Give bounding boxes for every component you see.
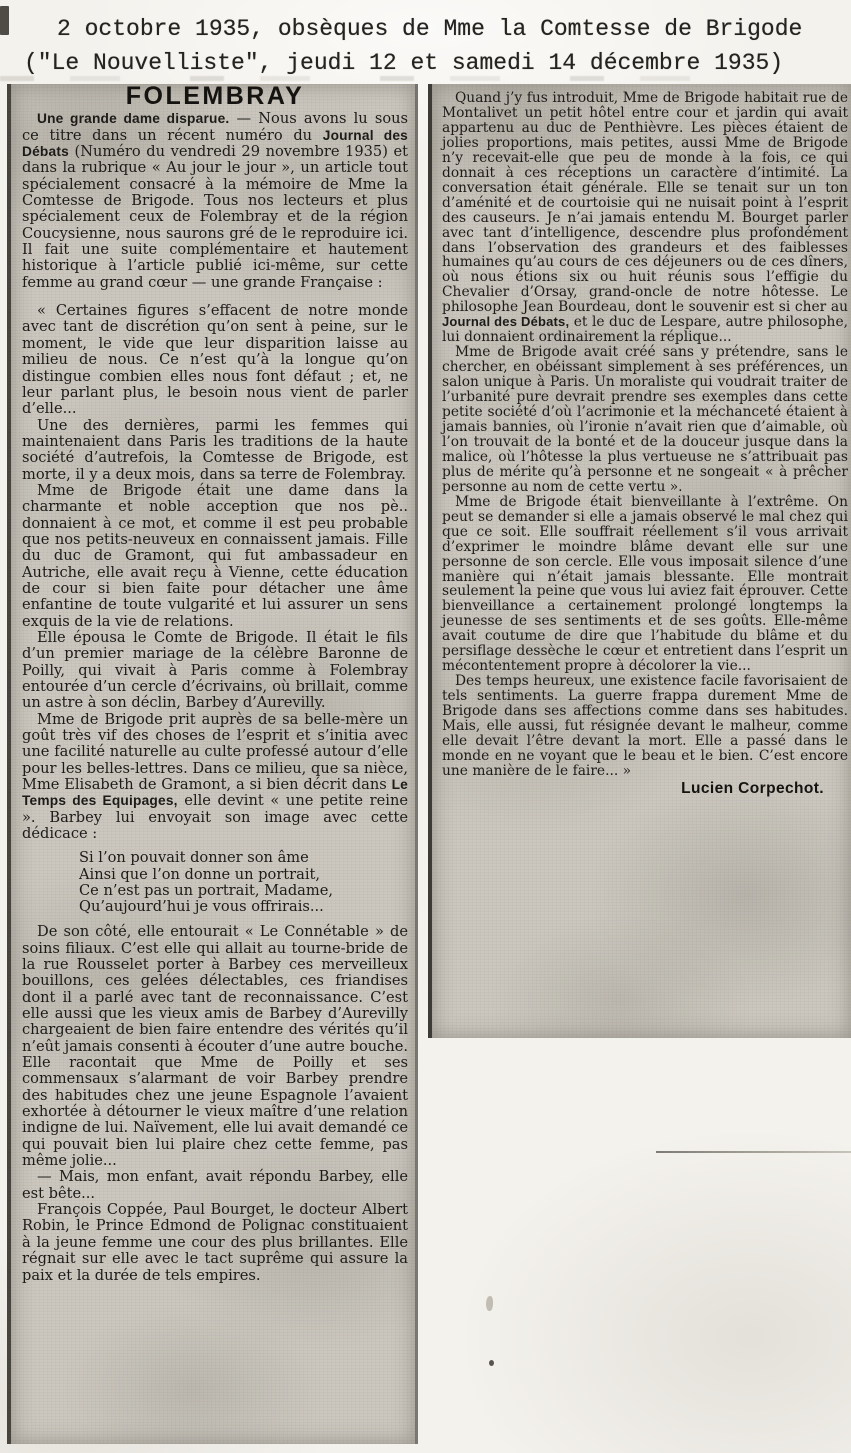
text-segment: Quand j’y fus introduit, Mme de Brigode … [442, 90, 848, 315]
text-segment: Une des dernières, parmi les femmes qui … [22, 417, 408, 483]
article-paragraph: Mme de Brigode était une dame dans la ch… [22, 483, 408, 630]
text-segment: Mme de Brigode prit auprès de sa belle-m… [22, 711, 408, 793]
article-paragraph: Une des dernières, parmi les femmes qui … [22, 418, 408, 483]
text-segment: Mme de Brigode avait créé sans y prétend… [442, 344, 848, 495]
text-segment: — Mais, mon enfant, avait répondu Barbey… [22, 1168, 408, 1201]
ink-dot [489, 1360, 494, 1366]
article-paragraph: François Coppée, Paul Bourget, le docteu… [22, 1202, 408, 1284]
ink-smudge [486, 1296, 493, 1311]
text-segment: Mme de Brigode était bienveillante à l’e… [442, 494, 848, 674]
left-column-paragraphs: Une grande dame disparue. — Nous avons l… [22, 111, 408, 1284]
article-paragraph: Elle épousa le Comte de Brigode. Il étai… [22, 630, 408, 712]
article-paragraph: Mme de Brigode était bienveillante à l’e… [442, 495, 848, 674]
article-paragraph: — Mais, mon enfant, avait répondu Barbey… [22, 1169, 408, 1202]
text-segment: (Numéro du vendredi 29 novembre 1935) et… [22, 143, 408, 291]
article-paragraph: Mme de Brigode prit auprès de sa belle-m… [22, 712, 408, 843]
scan-artifact-line [656, 1151, 851, 1153]
bold-text-segment: Journal des Débats, [442, 314, 569, 329]
verse-block: Si l’on pouvait donner son âmeAinsi que … [79, 850, 408, 915]
article-headline: FOLEMBRAY [22, 88, 408, 104]
article-paragraph: Mme de Brigode avait créé sans y prétend… [442, 345, 848, 495]
article-signature: Lucien Corpechot. [442, 782, 824, 797]
verse-line: Si l’on pouvait donner son âme [79, 850, 408, 866]
article-paragraph: Une grande dame disparue. — Nous avons l… [22, 111, 408, 291]
text-segment: Des temps heureux, une existence facile … [442, 673, 848, 779]
newspaper-clipping-left-column: FOLEMBRAY Une grande dame disparue. — No… [7, 84, 418, 1444]
right-column-paragraphs: Quand j’y fus introduit, Mme de Brigode … [442, 91, 848, 779]
annotation-line-2: ("Le Nouvelliste", jeudi 12 et samedi 14… [0, 46, 851, 80]
text-segment: Mme de Brigode était une dame dans la ch… [22, 482, 408, 630]
verse-line: Qu’aujourd’hui je vous offrirais... [79, 899, 408, 915]
article-paragraph: Quand j’y fus introduit, Mme de Brigode … [442, 91, 848, 345]
text-segment: « Certaines figures s’effacent de notre … [22, 302, 408, 417]
text-segment: François Coppée, Paul Bourget, le docteu… [22, 1201, 408, 1283]
pencil-scribble [0, 76, 730, 81]
article-paragraph: De son côté, elle entourait « Le Connéta… [22, 924, 408, 1169]
article-paragraph: « Certaines figures s’effacent de notre … [22, 303, 408, 417]
text-segment: De son côté, elle entourait « Le Connéta… [22, 923, 408, 1169]
annotation-line-1: 2 octobre 1935, obsèques de Mme la Comte… [0, 12, 851, 46]
newspaper-clipping-right-column: Quand j’y fus introduit, Mme de Brigode … [428, 84, 851, 1038]
verse-line: Ce n’est pas un portrait, Madame, [79, 883, 408, 899]
bold-text-segment: Une grande dame disparue. [37, 111, 229, 126]
scanned-press-clipping-page: { "colors": { "paper": "#f4f2ed", "newsp… [0, 0, 851, 1453]
text-segment: Elle épousa le Comte de Brigode. Il étai… [22, 629, 408, 711]
verse-line: Ainsi que l’on donne un portrait, [79, 867, 408, 883]
article-paragraph: Des temps heureux, une existence facile … [442, 674, 848, 779]
ink-mark-corner [0, 6, 9, 35]
typed-annotation: 2 octobre 1935, obsèques de Mme la Comte… [0, 12, 851, 80]
